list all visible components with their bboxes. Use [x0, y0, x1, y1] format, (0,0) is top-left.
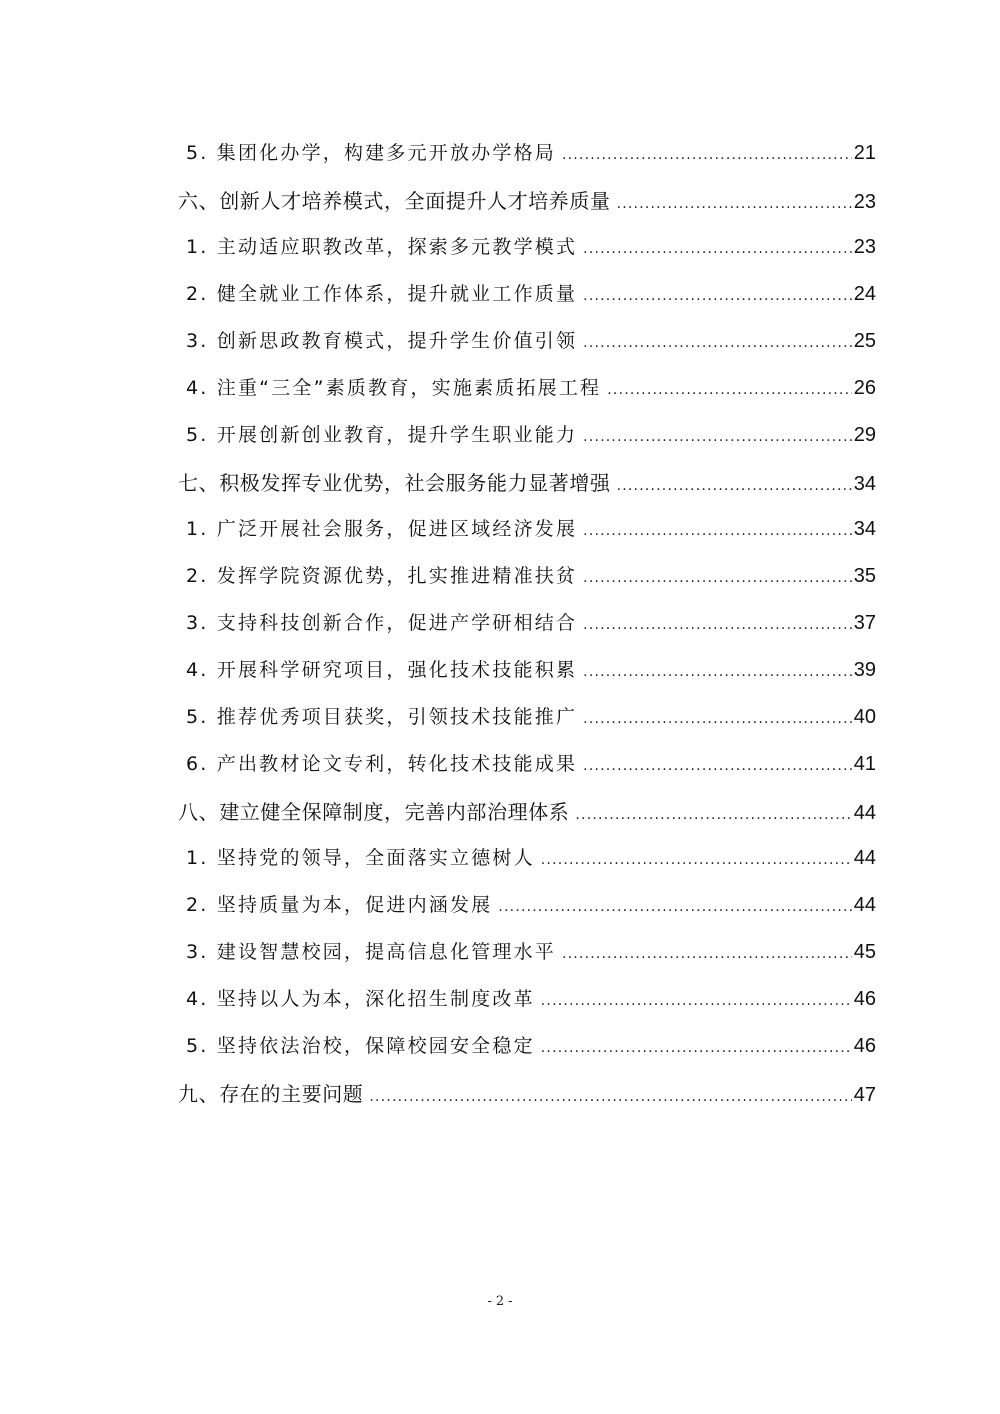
- leader-dots: [583, 570, 852, 586]
- toc-entry-title: 1. 坚持党的领导，全面落实立德树人: [186, 843, 535, 870]
- toc-entry[interactable]: 4. 坚持以人为本，深化招生制度改革46: [186, 984, 876, 1011]
- toc-section[interactable]: 八、建立健全保障制度，完善内部治理体系44: [178, 796, 876, 825]
- leader-dots: [583, 758, 852, 774]
- toc-entry[interactable]: 1. 主动适应职教改革，探索多元教学模式23: [186, 232, 876, 259]
- toc-section-title: 九、存在的主要问题: [178, 1078, 363, 1107]
- toc-entry-page: 24: [854, 283, 876, 306]
- toc-entry-title: 3. 支持科技创新合作，促进产学研相结合: [186, 608, 577, 635]
- toc-entry-page: 25: [854, 330, 876, 353]
- toc-entry-page: 26: [854, 377, 876, 400]
- toc-entry-page: 47: [854, 1084, 876, 1107]
- leader-dots: [617, 478, 852, 494]
- toc-entry-page: 41: [854, 753, 876, 776]
- toc-entry[interactable]: 4. 注重“三全”素质教育，实施素质拓展工程26: [186, 373, 876, 400]
- toc-entry-page: 44: [854, 802, 876, 825]
- leader-dots: [541, 1040, 852, 1056]
- leader-dots: [583, 664, 852, 680]
- toc-entry-page: 23: [854, 236, 876, 259]
- toc-entry-page: 44: [854, 894, 876, 917]
- leader-dots: [498, 899, 851, 915]
- leader-dots: [562, 946, 852, 962]
- toc-entry[interactable]: 5. 开展创新创业教育，提升学生职业能力29: [186, 420, 876, 447]
- toc-section-title: 七、积极发挥专业优势，社会服务能力显著增强: [178, 467, 611, 496]
- toc-entry-page: 29: [854, 424, 876, 447]
- toc-entry[interactable]: 5. 推荐优秀项目获奖，引领技术技能推广40: [186, 702, 876, 729]
- toc-entry-page: 45: [854, 941, 876, 964]
- leader-dots: [617, 196, 852, 212]
- leader-dots: [583, 617, 852, 633]
- toc-entry-title: 3. 创新思政教育模式，提升学生价值引领: [186, 326, 577, 353]
- toc-entry[interactable]: 3. 建设智慧校园，提高信息化管理水平45: [186, 937, 876, 964]
- leader-dots: [583, 335, 852, 351]
- toc-entry-title: 6. 产出教材论文专利，转化技术技能成果: [186, 749, 577, 776]
- toc-entry[interactable]: 3. 支持科技创新合作，促进产学研相结合37: [186, 608, 876, 635]
- toc-entry-page: 46: [854, 1035, 876, 1058]
- toc-entry-page: 35: [854, 565, 876, 588]
- toc-entry[interactable]: 1. 坚持党的领导，全面落实立德树人44: [186, 843, 876, 870]
- toc-entry-title: 4. 坚持以人为本，深化招生制度改革: [186, 984, 535, 1011]
- toc-entry-title: 3. 建设智慧校园，提高信息化管理水平: [186, 937, 556, 964]
- toc-entry-title: 2. 健全就业工作体系，提升就业工作质量: [186, 279, 577, 306]
- leader-dots: [541, 993, 852, 1009]
- toc-section[interactable]: 七、积极发挥专业优势，社会服务能力显著增强34: [178, 467, 876, 496]
- toc-entry-page: 37: [854, 612, 876, 635]
- page-number: - 2 -: [0, 1294, 1000, 1309]
- toc-entry-page: 40: [854, 706, 876, 729]
- toc-entry-title: 5. 坚持依法治校，保障校园安全稳定: [186, 1031, 535, 1058]
- toc-entry-title: 1. 主动适应职教改革，探索多元教学模式: [186, 232, 577, 259]
- toc-entry-page: 39: [854, 659, 876, 682]
- leader-dots: [583, 523, 852, 539]
- toc-section-title: 六、创新人才培养模式，全面提升人才培养质量: [178, 185, 611, 214]
- toc-entry-title: 2. 坚持质量为本，促进内涵发展: [186, 890, 492, 917]
- toc-entry-page: 23: [854, 191, 876, 214]
- toc-entry[interactable]: 2. 健全就业工作体系，提升就业工作质量24: [186, 279, 876, 306]
- toc-entry[interactable]: 4. 开展科学研究项目，强化技术技能积累39: [186, 655, 876, 682]
- toc-entry-page: 44: [854, 847, 876, 870]
- toc-entry-title: 4. 开展科学研究项目，强化技术技能积累: [186, 655, 577, 682]
- toc-entry[interactable]: 6. 产出教材论文专利，转化技术技能成果41: [186, 749, 876, 776]
- toc-entry[interactable]: 2. 坚持质量为本，促进内涵发展44: [186, 890, 876, 917]
- toc-entry-title: 4. 注重“三全”素质教育，实施素质拓展工程: [186, 373, 601, 400]
- toc-entry[interactable]: 1. 广泛开展社会服务，促进区域经济发展34: [186, 514, 876, 541]
- toc-entry[interactable]: 5. 集团化办学，构建多元开放办学格局21: [186, 138, 876, 165]
- leader-dots: [541, 852, 852, 868]
- leader-dots: [607, 382, 851, 398]
- toc-entry-title: 1. 广泛开展社会服务，促进区域经济发展: [186, 514, 577, 541]
- toc-entry-title: 5. 开展创新创业教育，提升学生职业能力: [186, 420, 577, 447]
- toc-entry-title: 2. 发挥学院资源优势，扎实推进精准扶贫: [186, 561, 577, 588]
- toc-entry-page: 34: [854, 473, 876, 496]
- toc-entry[interactable]: 3. 创新思政教育模式，提升学生价值引领25: [186, 326, 876, 353]
- leader-dots: [583, 288, 852, 304]
- toc-entry-page: 34: [854, 518, 876, 541]
- toc-entry-title: 5. 集团化办学，构建多元开放办学格局: [186, 138, 556, 165]
- toc-section[interactable]: 六、创新人才培养模式，全面提升人才培养质量23: [178, 185, 876, 214]
- toc-entry-page: 21: [854, 142, 876, 165]
- toc-entry[interactable]: 5. 坚持依法治校，保障校园安全稳定46: [186, 1031, 876, 1058]
- toc-section[interactable]: 九、存在的主要问题47: [178, 1078, 876, 1107]
- leader-dots: [583, 241, 852, 257]
- toc-entry[interactable]: 2. 发挥学院资源优势，扎实推进精准扶贫35: [186, 561, 876, 588]
- leader-dots: [562, 147, 852, 163]
- toc-section-title: 八、建立健全保障制度，完善内部治理体系: [178, 796, 569, 825]
- leader-dots: [583, 711, 852, 727]
- toc-entry-page: 46: [854, 988, 876, 1011]
- toc-entry-title: 5. 推荐优秀项目获奖，引领技术技能推广: [186, 702, 577, 729]
- leader-dots: [575, 807, 851, 823]
- leader-dots: [583, 429, 852, 445]
- leader-dots: [369, 1089, 851, 1105]
